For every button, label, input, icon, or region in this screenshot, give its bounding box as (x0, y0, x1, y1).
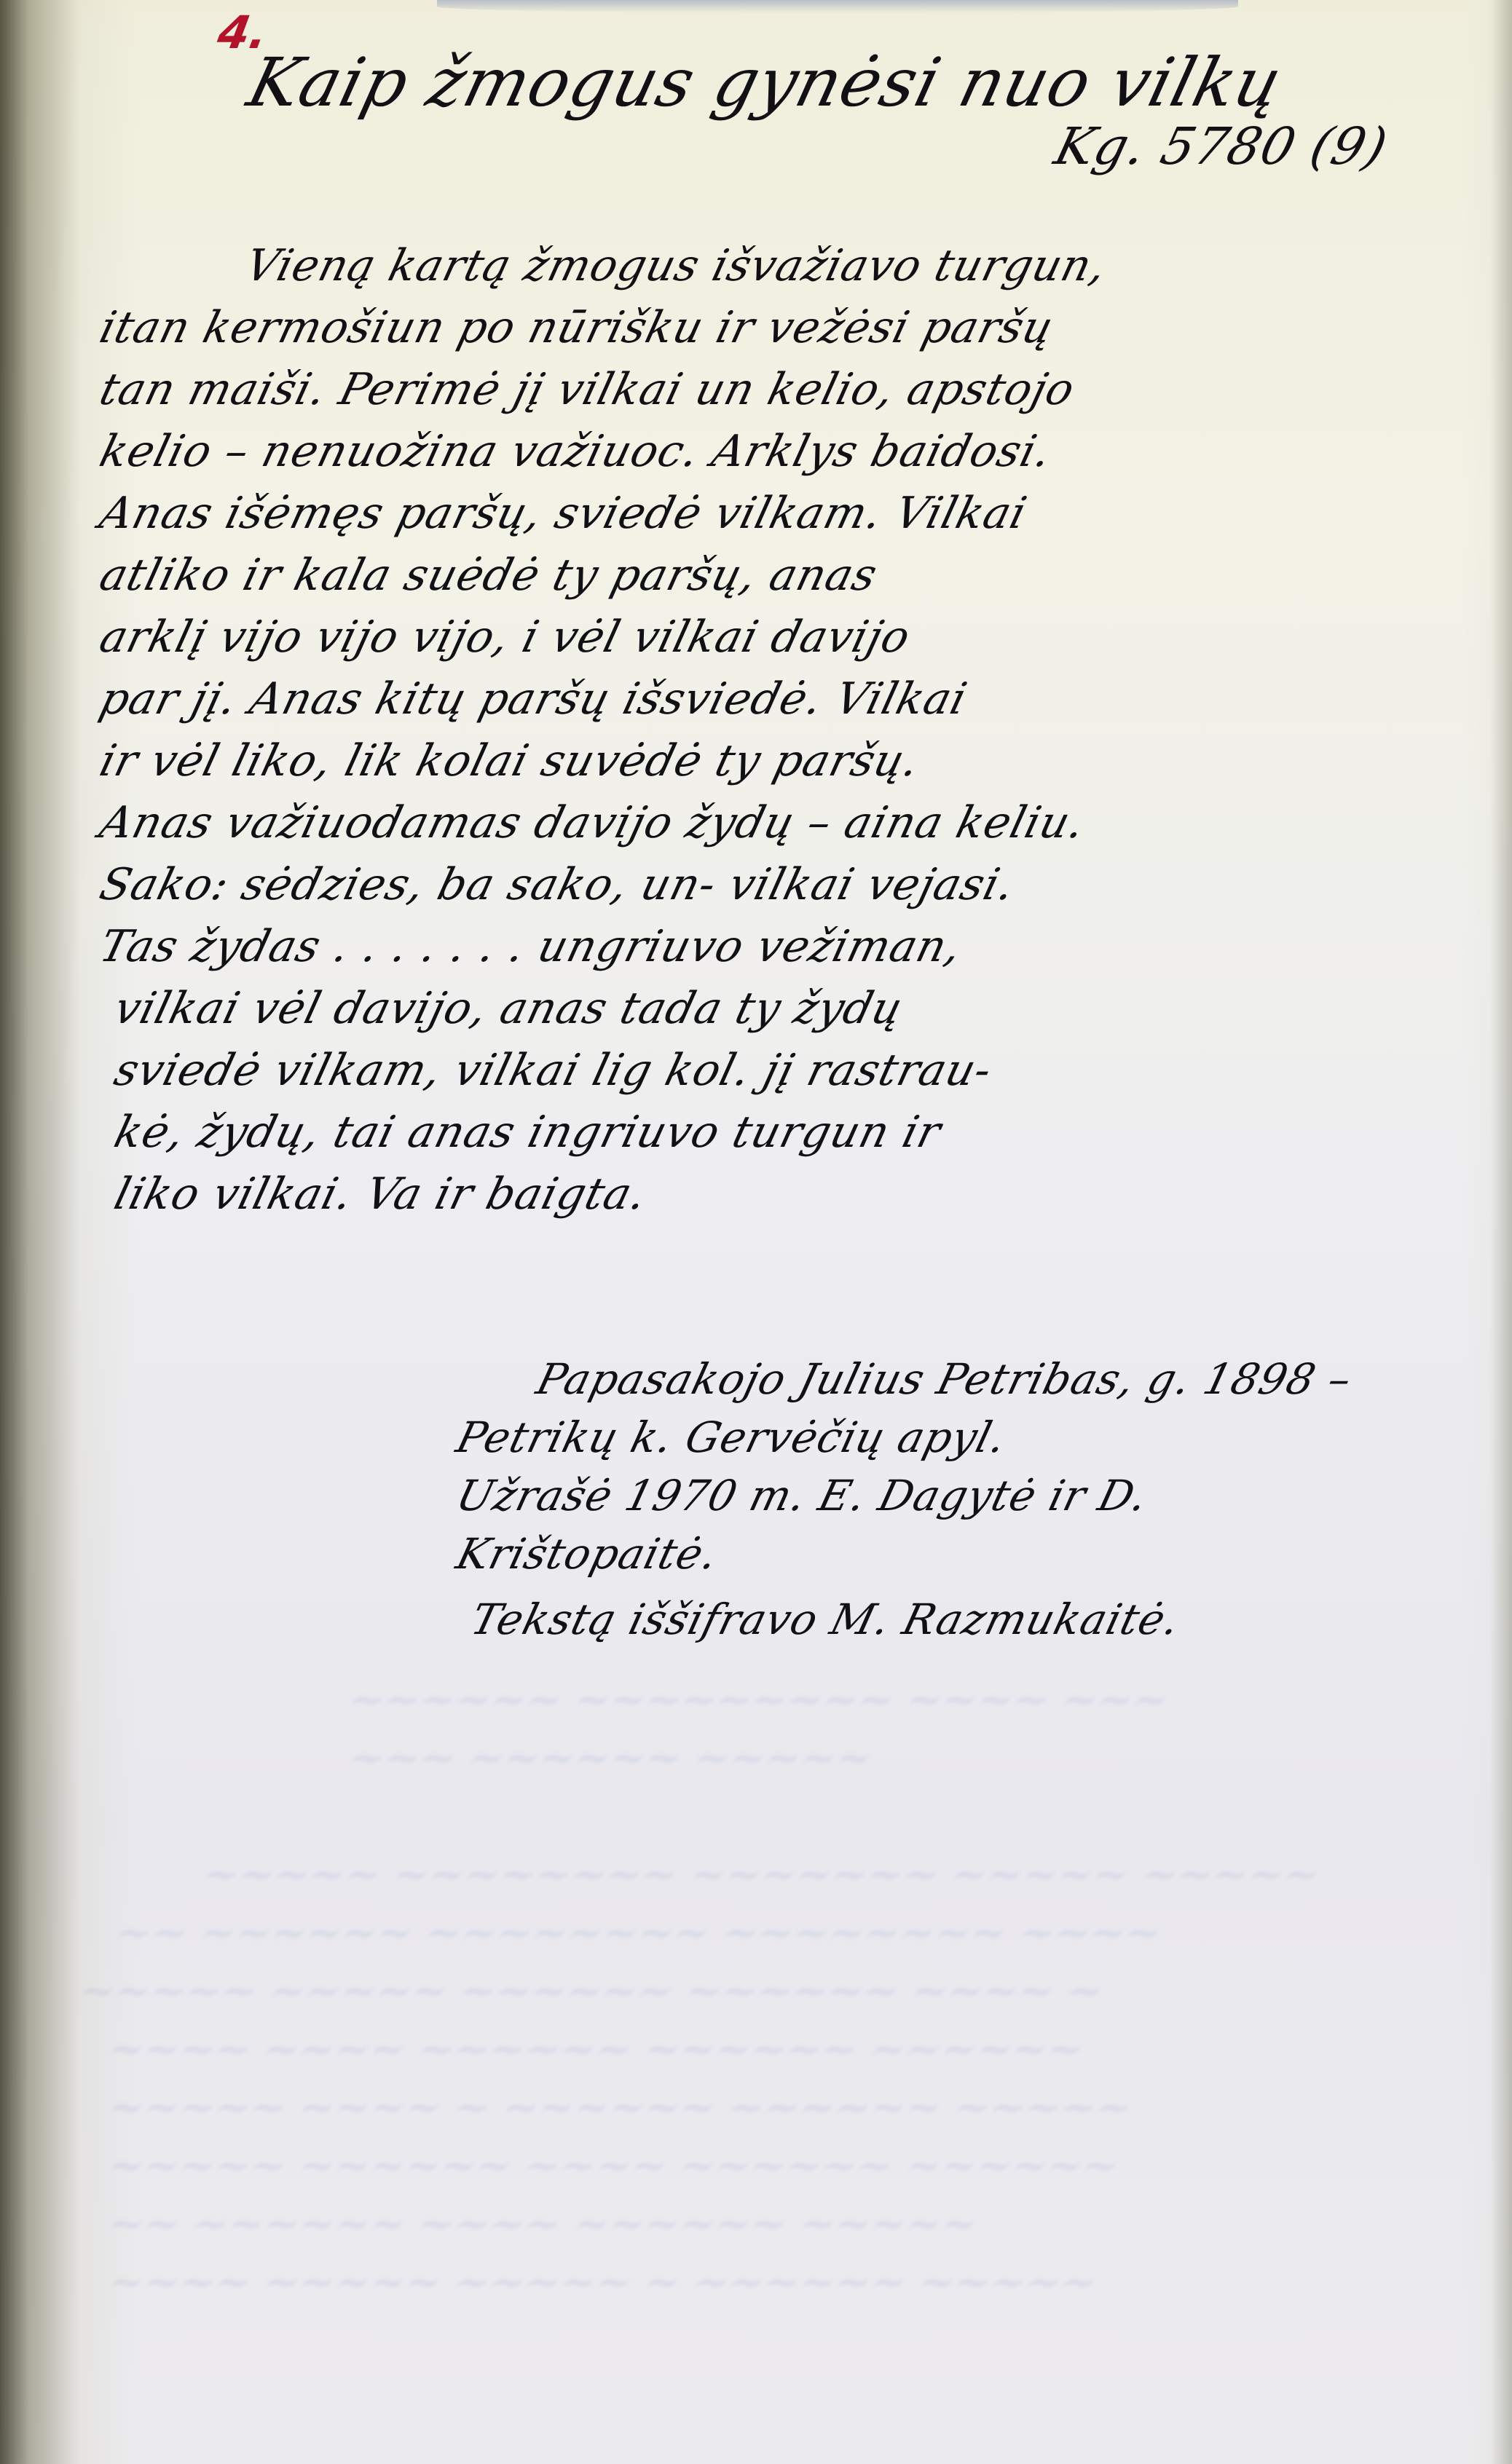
recorded-by-line-2: Krištopaitė. (452, 1529, 723, 1579)
tale-line: Anas išėmęs paršų, sviedė vilkam. Vilkai (95, 488, 1032, 539)
village-line: Petrikų k. Gervėčių apyl. (452, 1413, 1012, 1462)
tale-line: vilkai vėl davijo, anas tada ty žydų (109, 983, 908, 1034)
tale-line: liko vilkai. Va ir baigta. (109, 1169, 652, 1220)
page-top-shadow (437, 0, 1238, 13)
tale-line: kelio – nenuožina važiuoc. Arklys baidos… (95, 426, 1057, 477)
tale-title: Kaip žmogus gynėsi nuo vilkų (240, 44, 1290, 122)
recorded-by-line: Užrašė 1970 m. E. Dagytė ir D. (452, 1471, 1153, 1520)
tale-line: arklį vijo vijo vijo, i vėl vilkai davij… (95, 612, 916, 663)
tale-line: Sako: sėdzies, ba sako, un- vilkai vejas… (95, 859, 1020, 910)
tale-line: Vieną kartą žmogus išvažiavo turgun, (240, 240, 1112, 291)
transcribed-by-line: Tekstą iššifravo M. Razmukaitė. (466, 1595, 1185, 1644)
narrator-line: Papasakojo Julius Petribas, g. 1898 – (532, 1354, 1357, 1404)
tale-line: sviedė vilkam, vilkai lig kol. jį rastra… (109, 1045, 997, 1096)
document-page: 4. Kaip žmogus gynėsi nuo vilkų Kg. 5780… (0, 0, 1512, 2464)
tale-line: ir vėl liko, lik kolai suvėdė ty paršų. (95, 735, 925, 786)
tale-line: Tas žydas . . . . . . . ungriuvo vežiman… (95, 921, 967, 972)
tale-line: par jį. Anas kitų paršų išsviedė. Vilkai (95, 674, 972, 724)
catalog-number: Kg. 5780 (9) (1049, 117, 1394, 176)
tale-line: atliko ir kala suėdė ty paršų, anas (95, 550, 883, 601)
tale-line: Anas važiuodamas davijo žydų – aina keli… (95, 797, 1090, 848)
tale-line: itan kermošiun po nūrišku ir vežėsi parš… (95, 302, 1059, 353)
tale-line: kė, žydų, tai anas ingriuvo turgun ir (109, 1107, 946, 1158)
tale-line: tan maiši. Perimė jį vilkai un kelio, ap… (95, 364, 1080, 415)
